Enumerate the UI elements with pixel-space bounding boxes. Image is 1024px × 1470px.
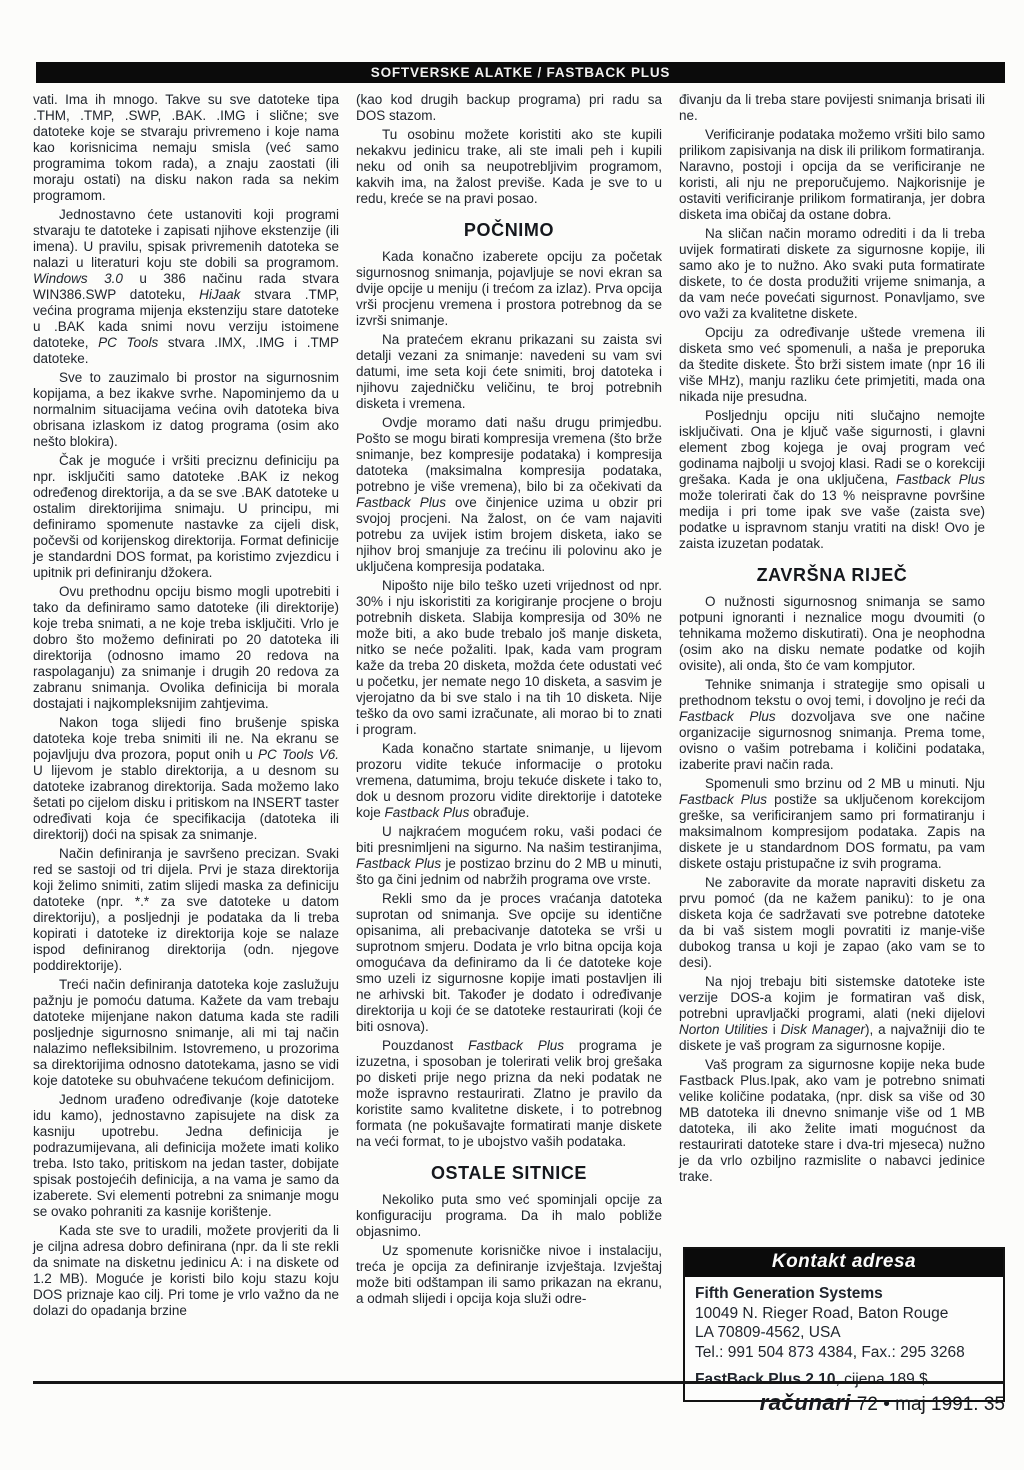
paragraph: Treći način definiranja datoteka koje za…: [33, 977, 339, 1089]
contact-product-price: , cijena 189 $: [835, 1371, 927, 1388]
contact-address-line-2: LA 70809-4562, USA: [695, 1323, 993, 1343]
contact-phone-line: Tel.: 991 504 873 4384, Fax.: 295 3268: [695, 1343, 993, 1363]
article-columns: vati. Ima ih mnogo. Takve su sve datotek…: [33, 92, 1005, 1319]
paragraph: Sve to zauzimalo bi prostor na sigurnosn…: [33, 370, 339, 450]
paragraph: Pouzdanost Fastback Plus programa je izu…: [356, 1038, 662, 1150]
paragraph: Kada konačno izaberete opciju za početak…: [356, 249, 662, 329]
footer-issue-date: 72 • maj 1991. 35: [857, 1394, 1005, 1415]
paragraph: Nekoliko puta smo već spominjali opcije …: [356, 1192, 662, 1240]
paragraph: Vaš program za sigurnosne kopije neka bu…: [679, 1057, 985, 1185]
magazine-page: SOFTVERSKE ALATKE / FASTBACK PLUS vati. …: [0, 0, 1024, 1470]
paragraph: Na sličan način moramo odrediti i da li …: [679, 226, 985, 322]
paragraph: Opciju za određivanje uštede vremena ili…: [679, 325, 985, 405]
paragraph: Verificiranje podataka možemo vršiti bil…: [679, 127, 985, 223]
paragraph: Nakon toga slijedi fino brušenje spiska …: [33, 715, 339, 843]
paragraph: Čak je moguće i vršiti preciznu definici…: [33, 453, 339, 581]
contact-product-name: FastBack Plus 2.10: [695, 1371, 835, 1388]
section-heading: POČNIMO: [356, 222, 662, 238]
paragraph: Kada ste sve to uradili, možete provjeri…: [33, 1223, 339, 1319]
contact-company: Fifth Generation Systems: [695, 1284, 993, 1304]
column-3: đivanju da li treba stare povijesti snim…: [679, 92, 985, 1319]
paragraph: Na pratećem ekranu prikazani su zaista s…: [356, 332, 662, 412]
paragraph: Na njoj trebaju biti sistemske datoteke …: [679, 974, 985, 1054]
paragraph: Jednom urađeno određivanje (koje datotek…: [33, 1092, 339, 1220]
paragraph: Kada konačno startate snimanje, u lijevo…: [356, 741, 662, 821]
paragraph: (kao kod drugih backup programa) pri rad…: [356, 92, 662, 124]
paragraph: Tu osobinu možete koristiti ako ste kupi…: [356, 127, 662, 207]
paragraph: Posljednju opciju niti slučajno nemojte …: [679, 408, 985, 552]
contact-box: Kontakt adresa Fifth Generation Systems …: [683, 1247, 1005, 1402]
contact-box-title: Kontakt adresa: [685, 1249, 1003, 1277]
section-heading: ZAVRŠNA RIJEČ: [679, 567, 985, 583]
column-1: vati. Ima ih mnogo. Takve su sve datotek…: [33, 92, 339, 1319]
paragraph: Uz spomenute korisničke nivoe i instalac…: [356, 1243, 662, 1307]
contact-address-line-1: 10049 N. Rieger Road, Baton Rouge: [695, 1304, 993, 1324]
paragraph: Ovdje moramo dati našu drugu primjedbu. …: [356, 415, 662, 575]
paragraph: Jednostavno ćete ustanoviti koji program…: [33, 207, 339, 367]
paragraph: Spomenuli smo brzinu od 2 MB u minuti. N…: [679, 776, 985, 872]
paragraph: Nipošto nije bilo teško uzeti vrijednost…: [356, 578, 662, 738]
paragraph: Tehnike snimanja i strategije smo opisal…: [679, 677, 985, 773]
paragraph: Rekli smo da je proces vraćanja datoteka…: [356, 891, 662, 1035]
bottom-rule: [33, 1381, 1005, 1384]
paragraph: Način definiranja je savršeno precizan. …: [33, 846, 339, 974]
contact-product-line: FastBack Plus 2.10, cijena 189 $: [695, 1370, 993, 1390]
paragraph: O nužnosti sigurnosnog snimanja se samo …: [679, 594, 985, 674]
paragraph: Ovu prethodnu opciju bismo mogli upotreb…: [33, 584, 339, 712]
paragraph: vati. Ima ih mnogo. Takve su sve datotek…: [33, 92, 339, 204]
column-2: (kao kod drugih backup programa) pri rad…: [356, 92, 662, 1319]
paragraph: Ne zaboravite da morate napraviti disket…: [679, 875, 985, 971]
paragraph: U najkraćem mogućem roku, vaši podaci će…: [356, 824, 662, 888]
section-heading: OSTALE SITNICE: [356, 1165, 662, 1181]
section-header-label: SOFTVERSKE ALATKE / FASTBACK PLUS: [371, 65, 670, 80]
section-header-bar: SOFTVERSKE ALATKE / FASTBACK PLUS: [36, 62, 1005, 83]
magazine-logo: računari: [760, 1390, 851, 1415]
page-footer: računari72 • maj 1991. 35: [760, 1390, 1005, 1416]
paragraph: đivanju da li treba stare povijesti snim…: [679, 92, 985, 124]
